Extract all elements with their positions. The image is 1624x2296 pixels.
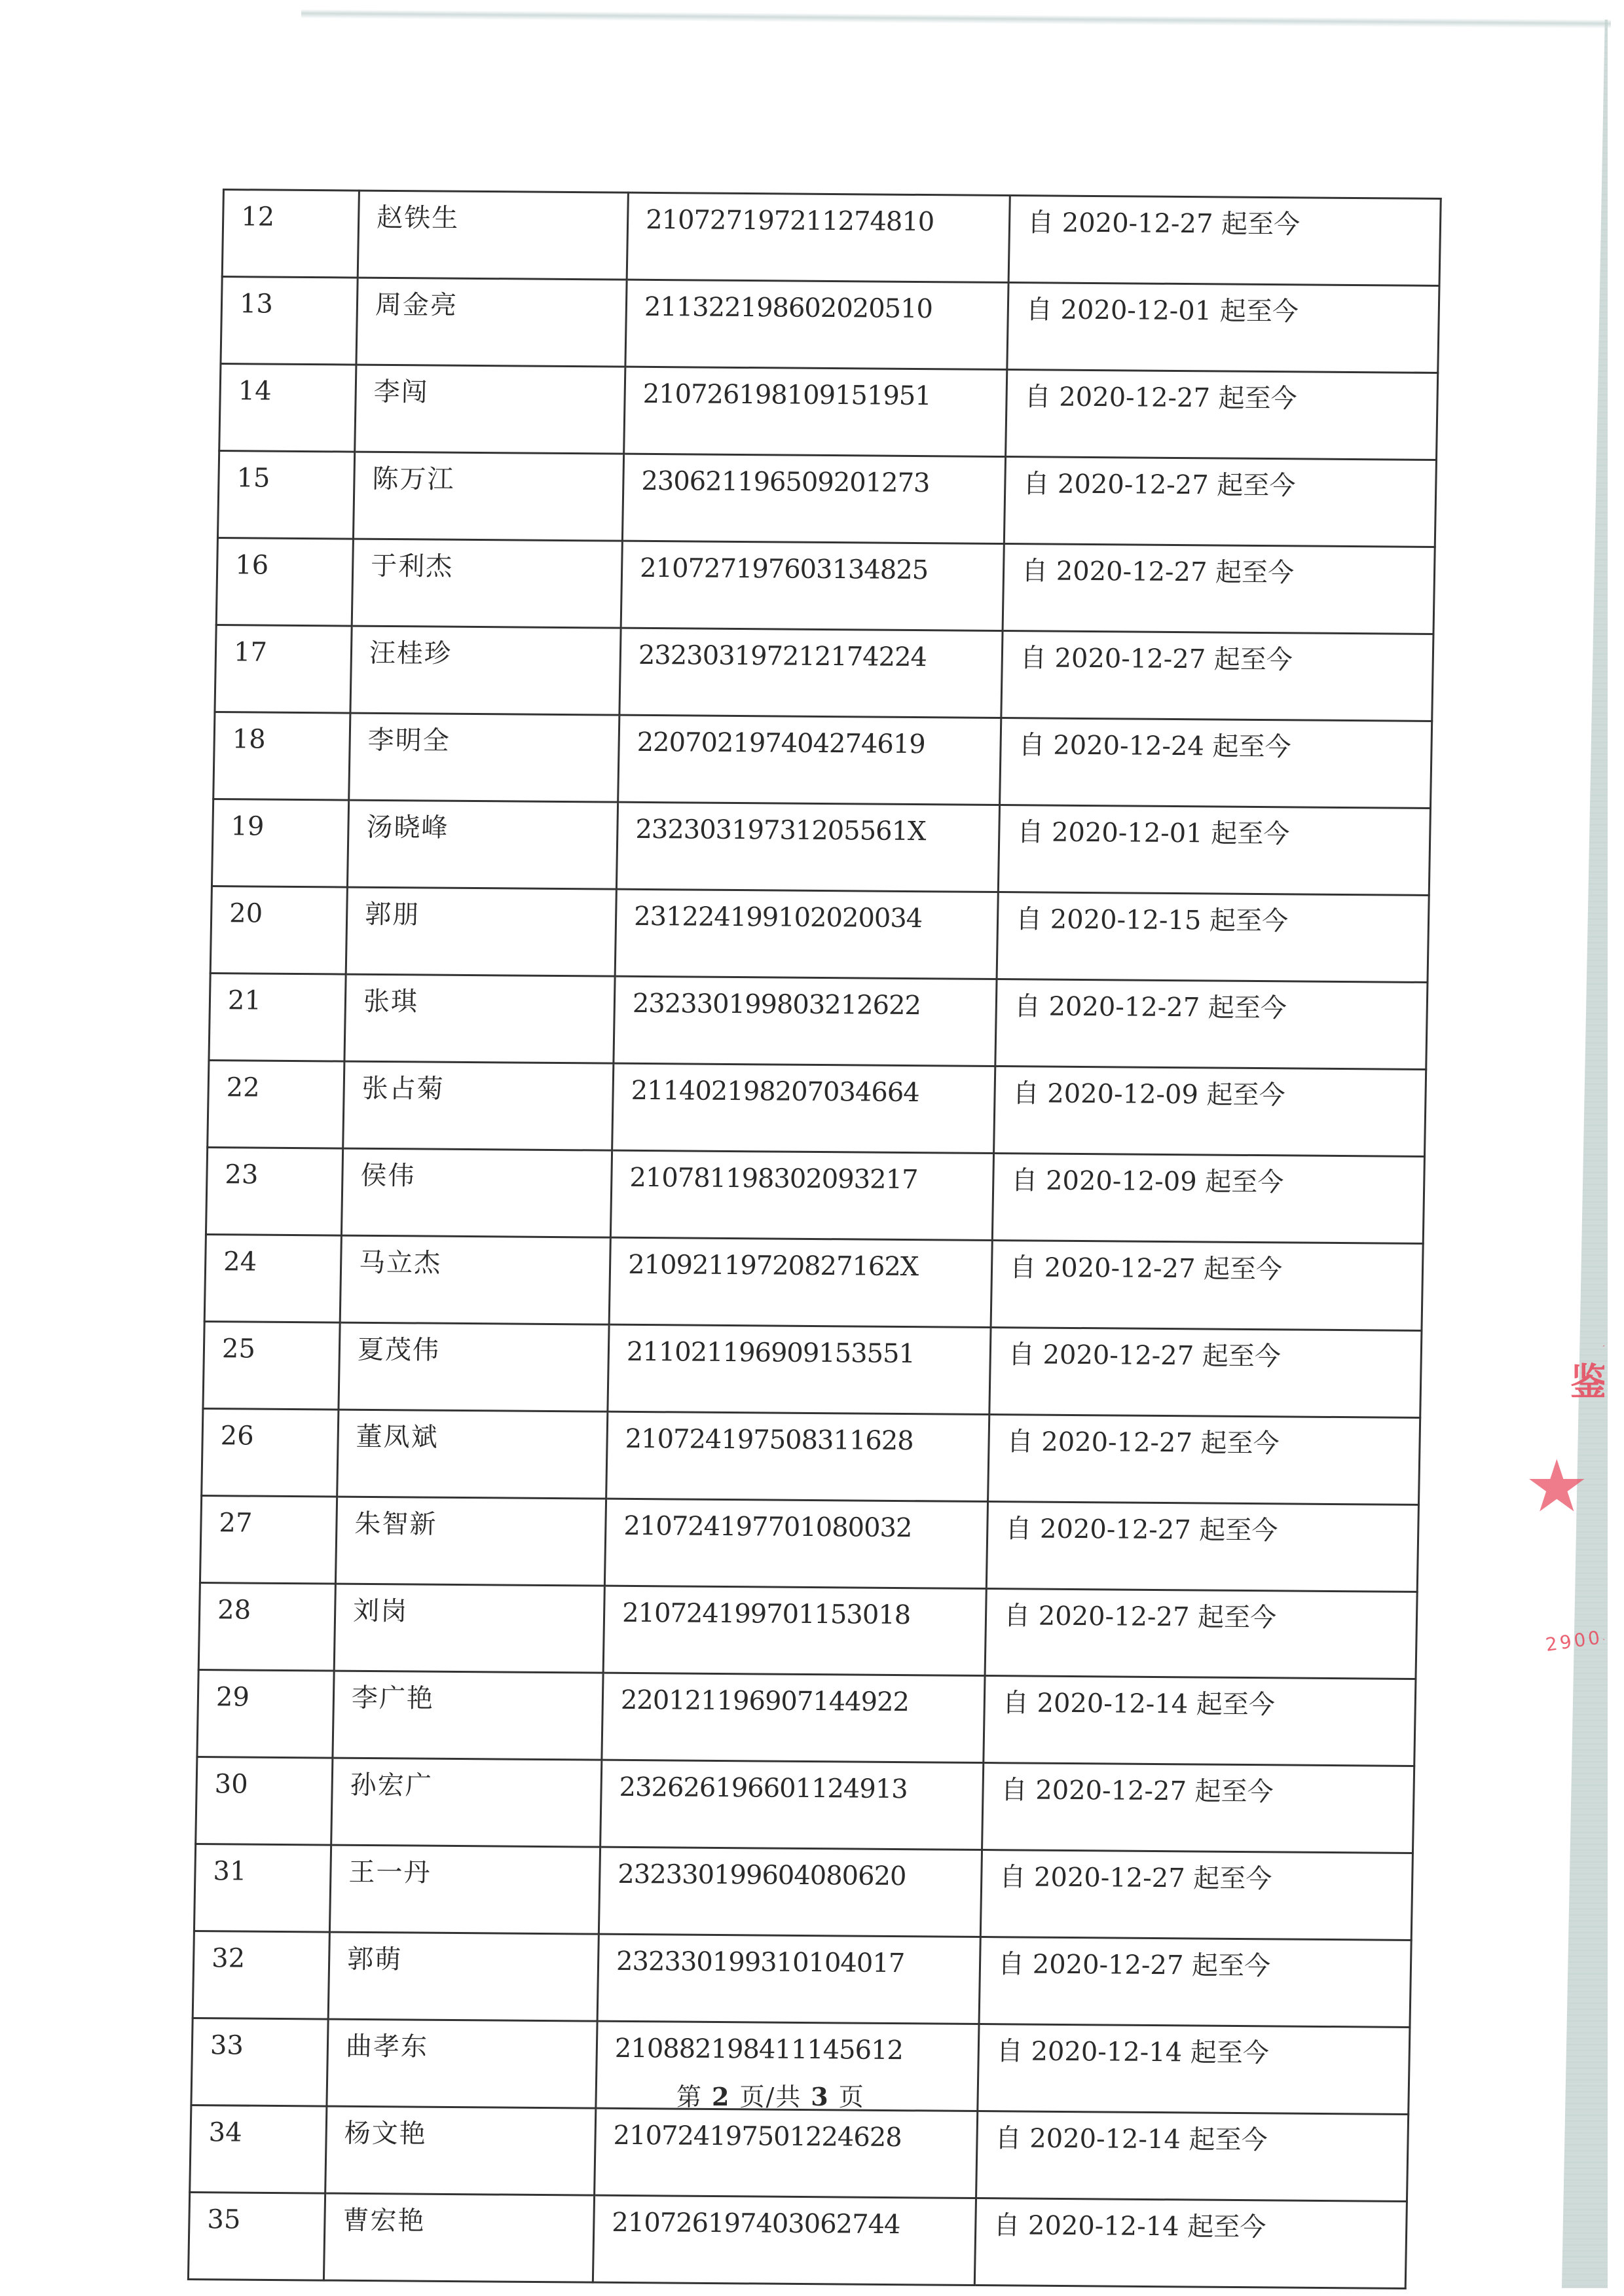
footer-middle: 页/共 [739,2083,802,2111]
row-number: 20 [210,886,347,975]
employment-period: 自 2020-12-14 起至今 [984,1676,1416,1766]
table-row: 12赵铁生210727197211274810自 2020-12-27 起至今 [222,190,1441,286]
person-name: 王一丹 [329,1845,600,1934]
total-pages-number: 3 [811,2082,829,2111]
table-row: 26董凤斌210724197508311628自 2020-12-27 起至今 [202,1409,1420,1505]
id-number: 232330199604080620 [599,1847,982,1937]
person-name: 赵铁生 [358,191,628,280]
row-number: 22 [208,1061,344,1149]
id-number: 220702197404274619 [618,715,1001,805]
row-number: 29 [197,1670,334,1758]
id-number: 211021196909153551 [608,1324,991,1414]
table-row: 18李明全220702197404274619自 2020-12-24 起至今 [213,712,1432,809]
table-row: 34杨文艳210724197501224628自 2020-12-14 起至今 [190,2105,1409,2202]
employment-period: 自 2020-12-27 起至今 [1008,196,1441,286]
employment-period: 自 2020-12-27 起至今 [991,1241,1423,1331]
table-row: 22张占菊211402198207034664自 2020-12-09 起至今 [208,1061,1426,1157]
employment-period: 自 2020-12-09 起至今 [992,1154,1424,1244]
table-row: 28刘岗210724199701153018自 2020-12-27 起至今 [198,1583,1417,1679]
row-number: 21 [209,974,346,1062]
person-name: 李明全 [349,713,619,802]
table-row: 19汤晓峰23230319731205561X自 2020-12-01 起至今 [212,799,1430,896]
person-name: 张琪 [344,974,615,1063]
person-name: 汪桂珍 [350,626,621,715]
employment-period: 自 2020-12-27 起至今 [979,1937,1411,2028]
star-icon: ★ [1524,1450,1589,1522]
id-number: 210726198109151951 [624,367,1007,456]
table-row: 24马立杰21092119720827162X自 2020-12-27 起至今 [204,1235,1423,1331]
id-number: 21092119720827162X [609,1237,992,1327]
employment-period: 自 2020-12-27 起至今 [1001,631,1433,721]
table-row: 23侯伟210781198302093217自 2020-12-09 起至今 [206,1148,1424,1244]
row-number: 27 [200,1496,337,1584]
id-number: 232303197212174224 [619,628,1003,718]
person-name: 夏茂伟 [339,1322,609,1412]
employment-period: 自 2020-12-01 起至今 [998,805,1430,896]
id-number: 23230319731205561X [616,802,999,892]
table-row: 32郭萌232330199310104017自 2020-12-27 起至今 [193,1931,1411,2028]
id-number: 232330199310104017 [597,1934,980,2024]
employment-period: 自 2020-12-24 起至今 [1000,718,1432,809]
table-row: 31王一丹232330199604080620自 2020-12-27 起至今 [194,1844,1412,1941]
page-footer: 第2页/共3页 [676,2077,865,2113]
employment-period: 自 2020-12-27 起至今 [986,1502,1418,1592]
table-row: 17汪桂珍232303197212174224自 2020-12-27 起至今 [215,625,1433,721]
table-row: 35曹宏艳210726197403062744自 2020-12-14 起至今 [188,2193,1407,2289]
row-number: 24 [204,1235,341,1323]
row-number: 32 [193,1931,329,2020]
table-row: 15陈万江230621196509201273自 2020-12-27 起至今 [217,451,1436,547]
id-number: 232626196601124913 [600,1760,984,1850]
employment-period: 自 2020-12-14 起至今 [974,2198,1407,2289]
person-name: 陈万江 [353,452,623,541]
row-number: 30 [196,1757,333,1846]
row-number: 18 [213,712,350,801]
row-number: 35 [188,2193,325,2281]
table-row: 21张琪232330199803212622自 2020-12-27 起至今 [209,974,1428,1070]
person-name: 朱智新 [335,1497,606,1586]
person-name: 于利杰 [352,539,622,628]
person-name: 李广艳 [333,1671,603,1760]
table-row: 13周金亮211322198602020510自 2020-12-01 起至今 [221,277,1439,373]
seal-text: 鉴 [1566,1362,1604,1400]
id-number: 210727197603134825 [621,541,1004,630]
employment-period: 自 2020-12-27 起至今 [982,1763,1414,1853]
person-name: 张占菊 [343,1061,614,1150]
employment-period: 自 2020-12-27 起至今 [988,1415,1420,1505]
employment-period: 自 2020-12-27 起至今 [985,1589,1417,1679]
id-number: 210726197403062744 [593,2195,976,2285]
footer-suffix: 页 [839,2083,865,2111]
person-name: 杨文艳 [325,2106,596,2195]
person-name: 汤晓峰 [347,800,618,889]
personnel-table-container: 12赵铁生210727197211274810自 2020-12-27 起至今1… [187,189,1365,2289]
person-name: 孙宏广 [331,1758,602,1847]
person-name: 曹宏艳 [323,2193,594,2282]
employment-period: 自 2020-12-09 起至今 [994,1066,1426,1157]
employment-period: 自 2020-12-01 起至今 [1007,283,1439,373]
person-name: 侯伟 [341,1148,612,1237]
row-number: 13 [221,277,358,365]
employment-period: 自 2020-12-27 起至今 [980,1850,1412,1941]
row-number: 28 [198,1583,335,1671]
table-row: 16于利杰210727197603134825自 2020-12-27 起至今 [216,538,1435,634]
row-number: 34 [190,2105,327,2194]
id-number: 211402198207034664 [612,1063,995,1153]
row-number: 26 [202,1409,339,1497]
person-name: 曲孝东 [327,2019,597,2108]
footer-prefix: 第 [676,2083,703,2111]
id-number: 211322198602020510 [625,280,1008,369]
row-number: 23 [206,1148,342,1236]
person-name: 马立杰 [340,1235,610,1324]
row-number: 19 [212,799,348,888]
row-number: 31 [194,1844,331,1933]
employment-period: 自 2020-12-27 起至今 [1003,544,1435,634]
table-row: 30孙宏广232626196601124913自 2020-12-27 起至今 [196,1757,1414,1853]
person-name: 李闯 [355,365,625,454]
current-page-number: 2 [712,2082,730,2111]
scan-top-edge-shadow [301,9,1611,29]
id-number: 230621196509201273 [622,454,1005,543]
table-row: 20郭朋231224199102020034自 2020-12-15 起至今 [210,886,1429,983]
employment-period: 自 2020-12-27 起至今 [1004,457,1436,547]
scan-right-edge-strip [1562,20,1608,2288]
table-row: 29李广艳220121196907144922自 2020-12-14 起至今 [197,1670,1416,1766]
row-number: 16 [216,538,353,627]
person-name: 董凤斌 [337,1410,608,1499]
row-number: 15 [217,451,354,539]
employment-period: 自 2020-12-14 起至今 [978,2024,1410,2115]
row-number: 33 [191,2018,328,2107]
person-name: 郭朋 [346,887,616,976]
id-number: 210781198302093217 [610,1150,993,1240]
employment-period: 自 2020-12-15 起至今 [997,892,1429,983]
person-name: 郭萌 [328,1932,599,2021]
employment-period: 自 2020-12-27 起至今 [995,979,1428,1070]
id-number: 232330199803212622 [614,976,997,1066]
personnel-table: 12赵铁生210727197211274810自 2020-12-27 起至今1… [187,189,1442,2289]
id-number: 210724199701153018 [603,1586,986,1675]
table-row: 27朱智新210724197701080032自 2020-12-27 起至今 [200,1496,1418,1592]
table-row: 14李闯210726198109151951自 2020-12-27 起至今 [219,364,1438,460]
person-name: 刘岗 [334,1584,604,1673]
person-name: 周金亮 [356,278,627,367]
table-row: 25夏茂伟211021196909153551自 2020-12-27 起至今 [203,1322,1422,1418]
id-number: 231224199102020034 [615,889,998,979]
seal-digits: 2900 [1544,1626,1604,1656]
employment-period: 自 2020-12-27 起至今 [989,1328,1422,1418]
row-number: 14 [219,364,356,452]
id-number: 210727197211274810 [627,192,1010,282]
employment-period: 自 2020-12-27 起至今 [1006,370,1438,460]
row-number: 12 [222,190,359,278]
employment-period: 自 2020-12-14 起至今 [976,2111,1409,2202]
id-number: 220121196907144922 [602,1673,985,1762]
official-seal: 鉴 ★ 2900 [1519,1322,1604,1663]
id-number: 210724197501224628 [595,2108,978,2198]
id-number: 210724197508311628 [606,1412,989,1501]
row-number: 25 [203,1322,340,1410]
row-number: 17 [215,625,352,714]
id-number: 210724197701080032 [604,1499,987,1588]
